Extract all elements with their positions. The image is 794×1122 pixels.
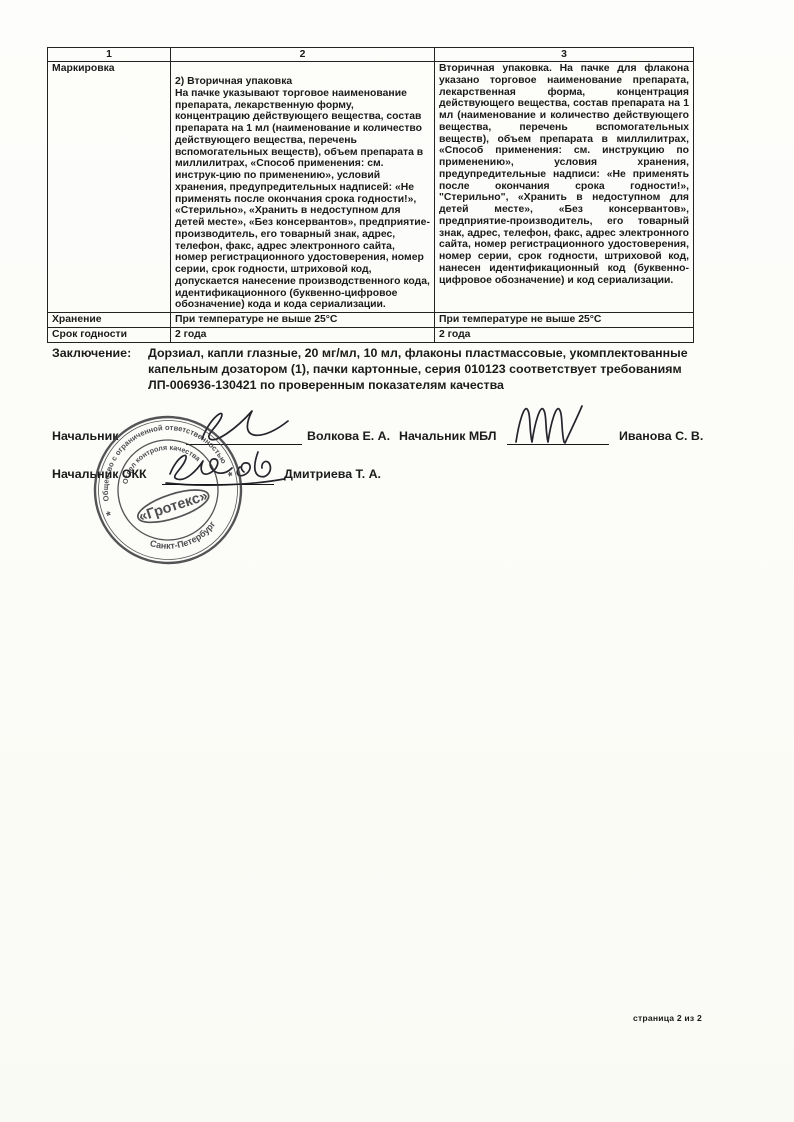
stamp-city-text: Санкт-Петербург — [146, 517, 221, 559]
table-row-shelf-life: Срок годности 2 года 2 года — [48, 328, 694, 343]
table-row-marking: Маркировка 2) Вторичная упаковка На пачк… — [48, 62, 694, 313]
conclusion-block: Заключение: Дорзиал, капли глазные, 20 м… — [52, 346, 702, 394]
column-header-1: 1 — [48, 48, 171, 62]
row-label-marking: Маркировка — [48, 62, 171, 313]
row-label-shelf-life: Срок годности — [48, 328, 171, 343]
storage-col2-cell: При температуре не выше 25°С — [171, 313, 435, 328]
shelf-life-col3-cell: 2 года — [435, 328, 694, 343]
signature-scribble-ivanova — [508, 400, 612, 444]
row-label-storage: Хранение — [48, 313, 171, 328]
conclusion-label: Заключение: — [52, 346, 136, 394]
scanned-document-page: 1 2 3 Маркировка 2) Вторичная упаковка Н… — [0, 0, 794, 1122]
page-number: страница 2 из 2 — [633, 1013, 702, 1023]
column-header-3: 3 — [435, 48, 694, 62]
signature-line-2 — [507, 444, 609, 445]
conclusion-text: Дорзиал, капли глазные, 20 мг/мл, 10 мл,… — [148, 346, 702, 394]
marking-col3-cell: Вторичная упаковка. На пачке для флакона… — [435, 62, 694, 313]
stamp-bottom-text-container: Санкт-Петербург — [146, 517, 221, 559]
storage-col3-cell: При температуре не выше 25°С — [435, 313, 694, 328]
stamp-star-right: * — [226, 468, 235, 483]
table-header-row: 1 2 3 — [48, 48, 694, 62]
marking-secondary-pack-cell: 2) Вторичная упаковка На пачке указывают… — [171, 62, 435, 313]
signer-name-1: Волкова Е. А. — [307, 429, 390, 443]
signer-name-2: Иванова С. В. — [619, 429, 703, 443]
table-row-storage: Хранение При температуре не выше 25°С Пр… — [48, 313, 694, 328]
marking-col2-title: 2) Вторичная упаковка — [175, 76, 430, 88]
specification-table: 1 2 3 Маркировка 2) Вторичная упаковка Н… — [47, 47, 694, 343]
stamp-outer-text-container: Общество с ограниченной ответственностью — [88, 410, 229, 504]
column-header-2: 2 — [171, 48, 435, 62]
signer-role-2: Начальник МБЛ — [399, 429, 496, 443]
stamp-outer-text: Общество с ограниченной ответственностью — [88, 410, 229, 504]
shelf-life-col2-cell: 2 года — [171, 328, 435, 343]
company-stamp: Общество с ограниченной ответственностью… — [88, 410, 248, 570]
signer-name-3: Дмитриева Т. А. — [284, 467, 381, 481]
marking-col2-body: На пачке указывают торговое наименование… — [175, 88, 430, 311]
